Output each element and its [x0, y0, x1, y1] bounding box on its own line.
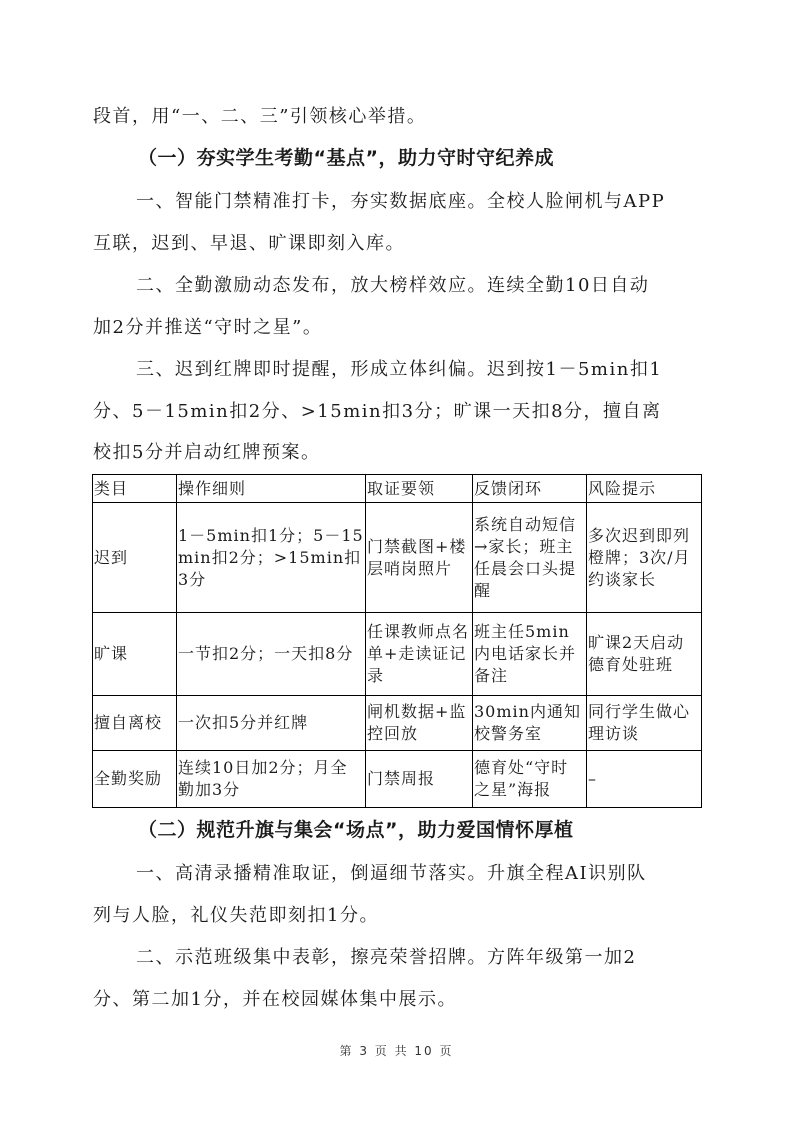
table-cell: 闸机数据+监控回放: [366, 696, 473, 751]
paragraph-3-line-3: 校扣5分并启动红牌预案。: [93, 441, 701, 465]
table-cell: 门禁周报: [366, 751, 473, 808]
table-header-cell: 反馈闭环: [473, 475, 587, 503]
paragraph-4-line-1: 一、高清录播精准取证，倒逼细节落实。升旗全程AI识别队: [136, 862, 744, 886]
table-row: 旷课 一节扣2分；一天扣8分 任课教师点名单+走读证记录 班主任5min内电话家…: [93, 613, 702, 696]
table-cell: 一次扣5分并红牌: [177, 696, 366, 751]
table-cell: 一节扣2分；一天扣8分: [177, 613, 366, 696]
table-row: 擅自离校 一次扣5分并红牌 闸机数据+监控回放 30min内通知校警务室 同行学…: [93, 696, 702, 751]
paragraph-5-line-1: 二、示范班级集中表彰，擦亮荣誉招牌。方阵年级第一加2: [136, 946, 744, 970]
paragraph-3-line-2: 分、5－15min扣2分、>15min扣3分；旷课一天扣8分，擅自离: [93, 400, 701, 424]
table-cell: 1－5min扣1分；5－15min扣2分；>15min扣3分: [177, 503, 366, 613]
section-heading-2: （二）规范升旗与集会“场点”，助力爱国情怀厚植: [138, 818, 573, 842]
page-number-footer: 第 3 页 共 10 页: [0, 1042, 793, 1059]
paragraph-2-line-2: 加2分并推送“守时之星”。: [93, 316, 701, 340]
table-cell: –: [587, 751, 702, 808]
attendance-rules-table: 类目 操作细则 取证要领 反馈闭环 风险提示 迟到 1－5min扣1分；5－15…: [92, 474, 702, 808]
paragraph-2-line-1: 二、全勤激励动态发布，放大榜样效应。连续全勤10日自动: [136, 274, 744, 298]
paragraph-1-line-1: 一、智能门禁精准打卡，夯实数据底座。全校人脸闸机与APP: [136, 190, 744, 214]
section-heading-1: （一）夯实学生考勤“基点”，助力守时守纪养成: [138, 146, 554, 170]
table-cell: 同行学生做心理访谈: [587, 696, 702, 751]
paragraph-5-line-2: 分、第二加1分，并在校园媒体集中展示。: [93, 988, 701, 1012]
table-cell: 多次迟到即列橙牌；3次/月约谈家长: [587, 503, 702, 613]
paragraph-intro-tail: 段首，用“一、二、三”引领核心举措。: [93, 105, 701, 129]
table-row: 迟到 1－5min扣1分；5－15min扣2分；>15min扣3分 门禁截图+楼…: [93, 503, 702, 613]
table-cell: 迟到: [93, 503, 177, 613]
table-header-cell: 操作细则: [177, 475, 366, 503]
table-cell: 连续10日加2分；月全勤加3分: [177, 751, 366, 808]
table-cell: 门禁截图+楼层哨岗照片: [366, 503, 473, 613]
table-cell: 擅自离校: [93, 696, 177, 751]
table-cell: 旷课: [93, 613, 177, 696]
table-cell: 系统自动短信→家长；班主任晨会口头提醒: [473, 503, 587, 613]
table-cell: 全勤奖励: [93, 751, 177, 808]
table-cell: 30min内通知校警务室: [473, 696, 587, 751]
table-cell: 德育处“守时之星”海报: [473, 751, 587, 808]
table-header-cell: 类目: [93, 475, 177, 503]
table-header-row: 类目 操作细则 取证要领 反馈闭环 风险提示: [93, 475, 702, 503]
paragraph-3-line-1: 三、迟到红牌即时提醒，形成立体纠偏。迟到按1－5min扣1: [136, 358, 744, 382]
paragraph-4-line-2: 列与人脸，礼仪失范即刻扣1分。: [93, 904, 701, 928]
table-row: 全勤奖励 连续10日加2分；月全勤加3分 门禁周报 德育处“守时之星”海报 –: [93, 751, 702, 808]
table-cell: 班主任5min内电话家长并备注: [473, 613, 587, 696]
table-header-cell: 取证要领: [366, 475, 473, 503]
table-cell: 任课教师点名单+走读证记录: [366, 613, 473, 696]
paragraph-1-line-2: 互联，迟到、早退、旷课即刻入库。: [93, 232, 701, 256]
table-header-cell: 风险提示: [587, 475, 702, 503]
table-cell: 旷课2天启动德育处驻班: [587, 613, 702, 696]
